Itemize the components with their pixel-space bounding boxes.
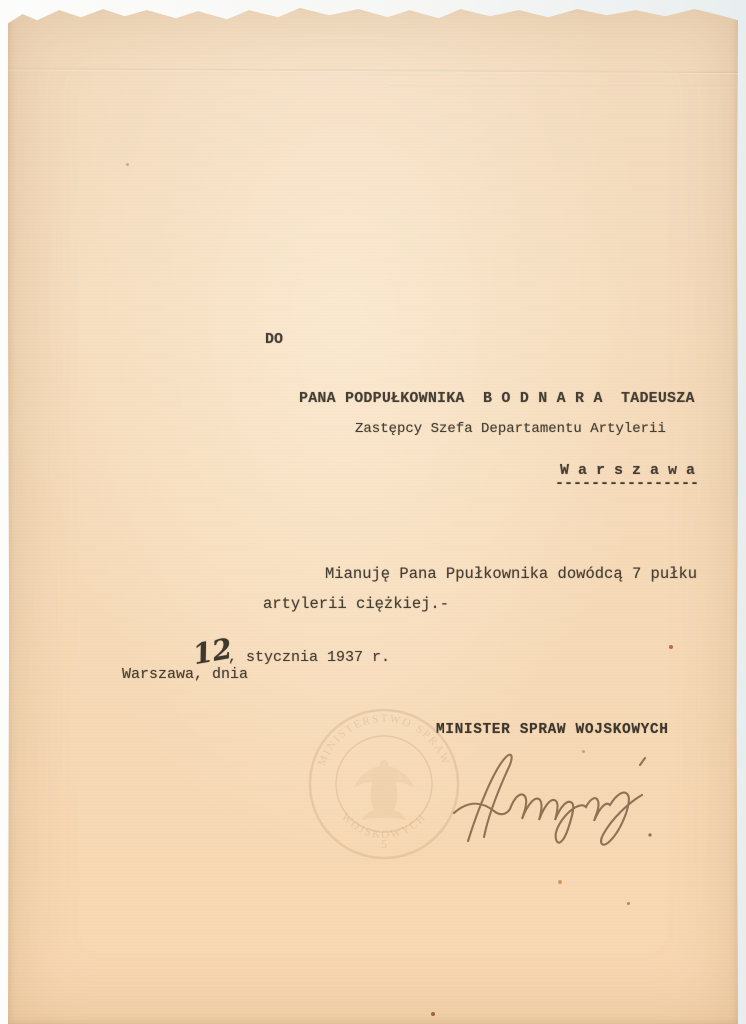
minister-title: MINISTER SPRAW WOJSKOWYCH: [436, 722, 669, 738]
scanned-document-page: DO PANA PODPUŁKOWNIKA B O D N A R A TADE…: [0, 0, 746, 1024]
ministry-round-stamp-icon: MINISTERSTWO SPRAW WOJSKOWYCH 5: [304, 704, 464, 864]
paper-crease: [8, 67, 738, 75]
foxing-spot: [627, 902, 630, 905]
salutation: DO: [265, 331, 283, 348]
addressee-name-line: PANA PODPUŁKOWNIKA B O D N A R A TADEUSZ…: [299, 390, 695, 407]
stamp-ring-text-top: MINISTERSTWO SPRAW: [316, 713, 452, 768]
signature-autograph: [444, 745, 666, 857]
dateline-prefix: Warszawa, dnia: [122, 666, 248, 683]
dateline-suffix: , stycznia 1937 r.: [228, 649, 390, 666]
paper-crease: [388, 85, 738, 88]
paper-sheet: DO PANA PODPUŁKOWNIKA B O D N A R A TADE…: [8, 5, 738, 1024]
dateline: Warszawa, dnia 12 , stycznia 1937 r.: [68, 649, 248, 734]
appointment-text-line2: artylerii ciężkiej.-: [263, 595, 449, 613]
foxing-spot: [669, 645, 673, 649]
foxing-spot: [126, 163, 129, 166]
stamp-eagle-icon: [354, 760, 414, 820]
stamp-number: 5: [381, 837, 387, 851]
foxing-spot: [558, 880, 562, 884]
foxing-spot: [431, 1012, 435, 1016]
city-underline: ----------------: [555, 475, 699, 492]
addressee-role-line: Zastępcy Szefa Departamentu Artylerii: [355, 421, 666, 437]
appointment-text-line1: Mianuję Pana Ppułkownika dowódcą 7 pułku: [325, 565, 697, 583]
